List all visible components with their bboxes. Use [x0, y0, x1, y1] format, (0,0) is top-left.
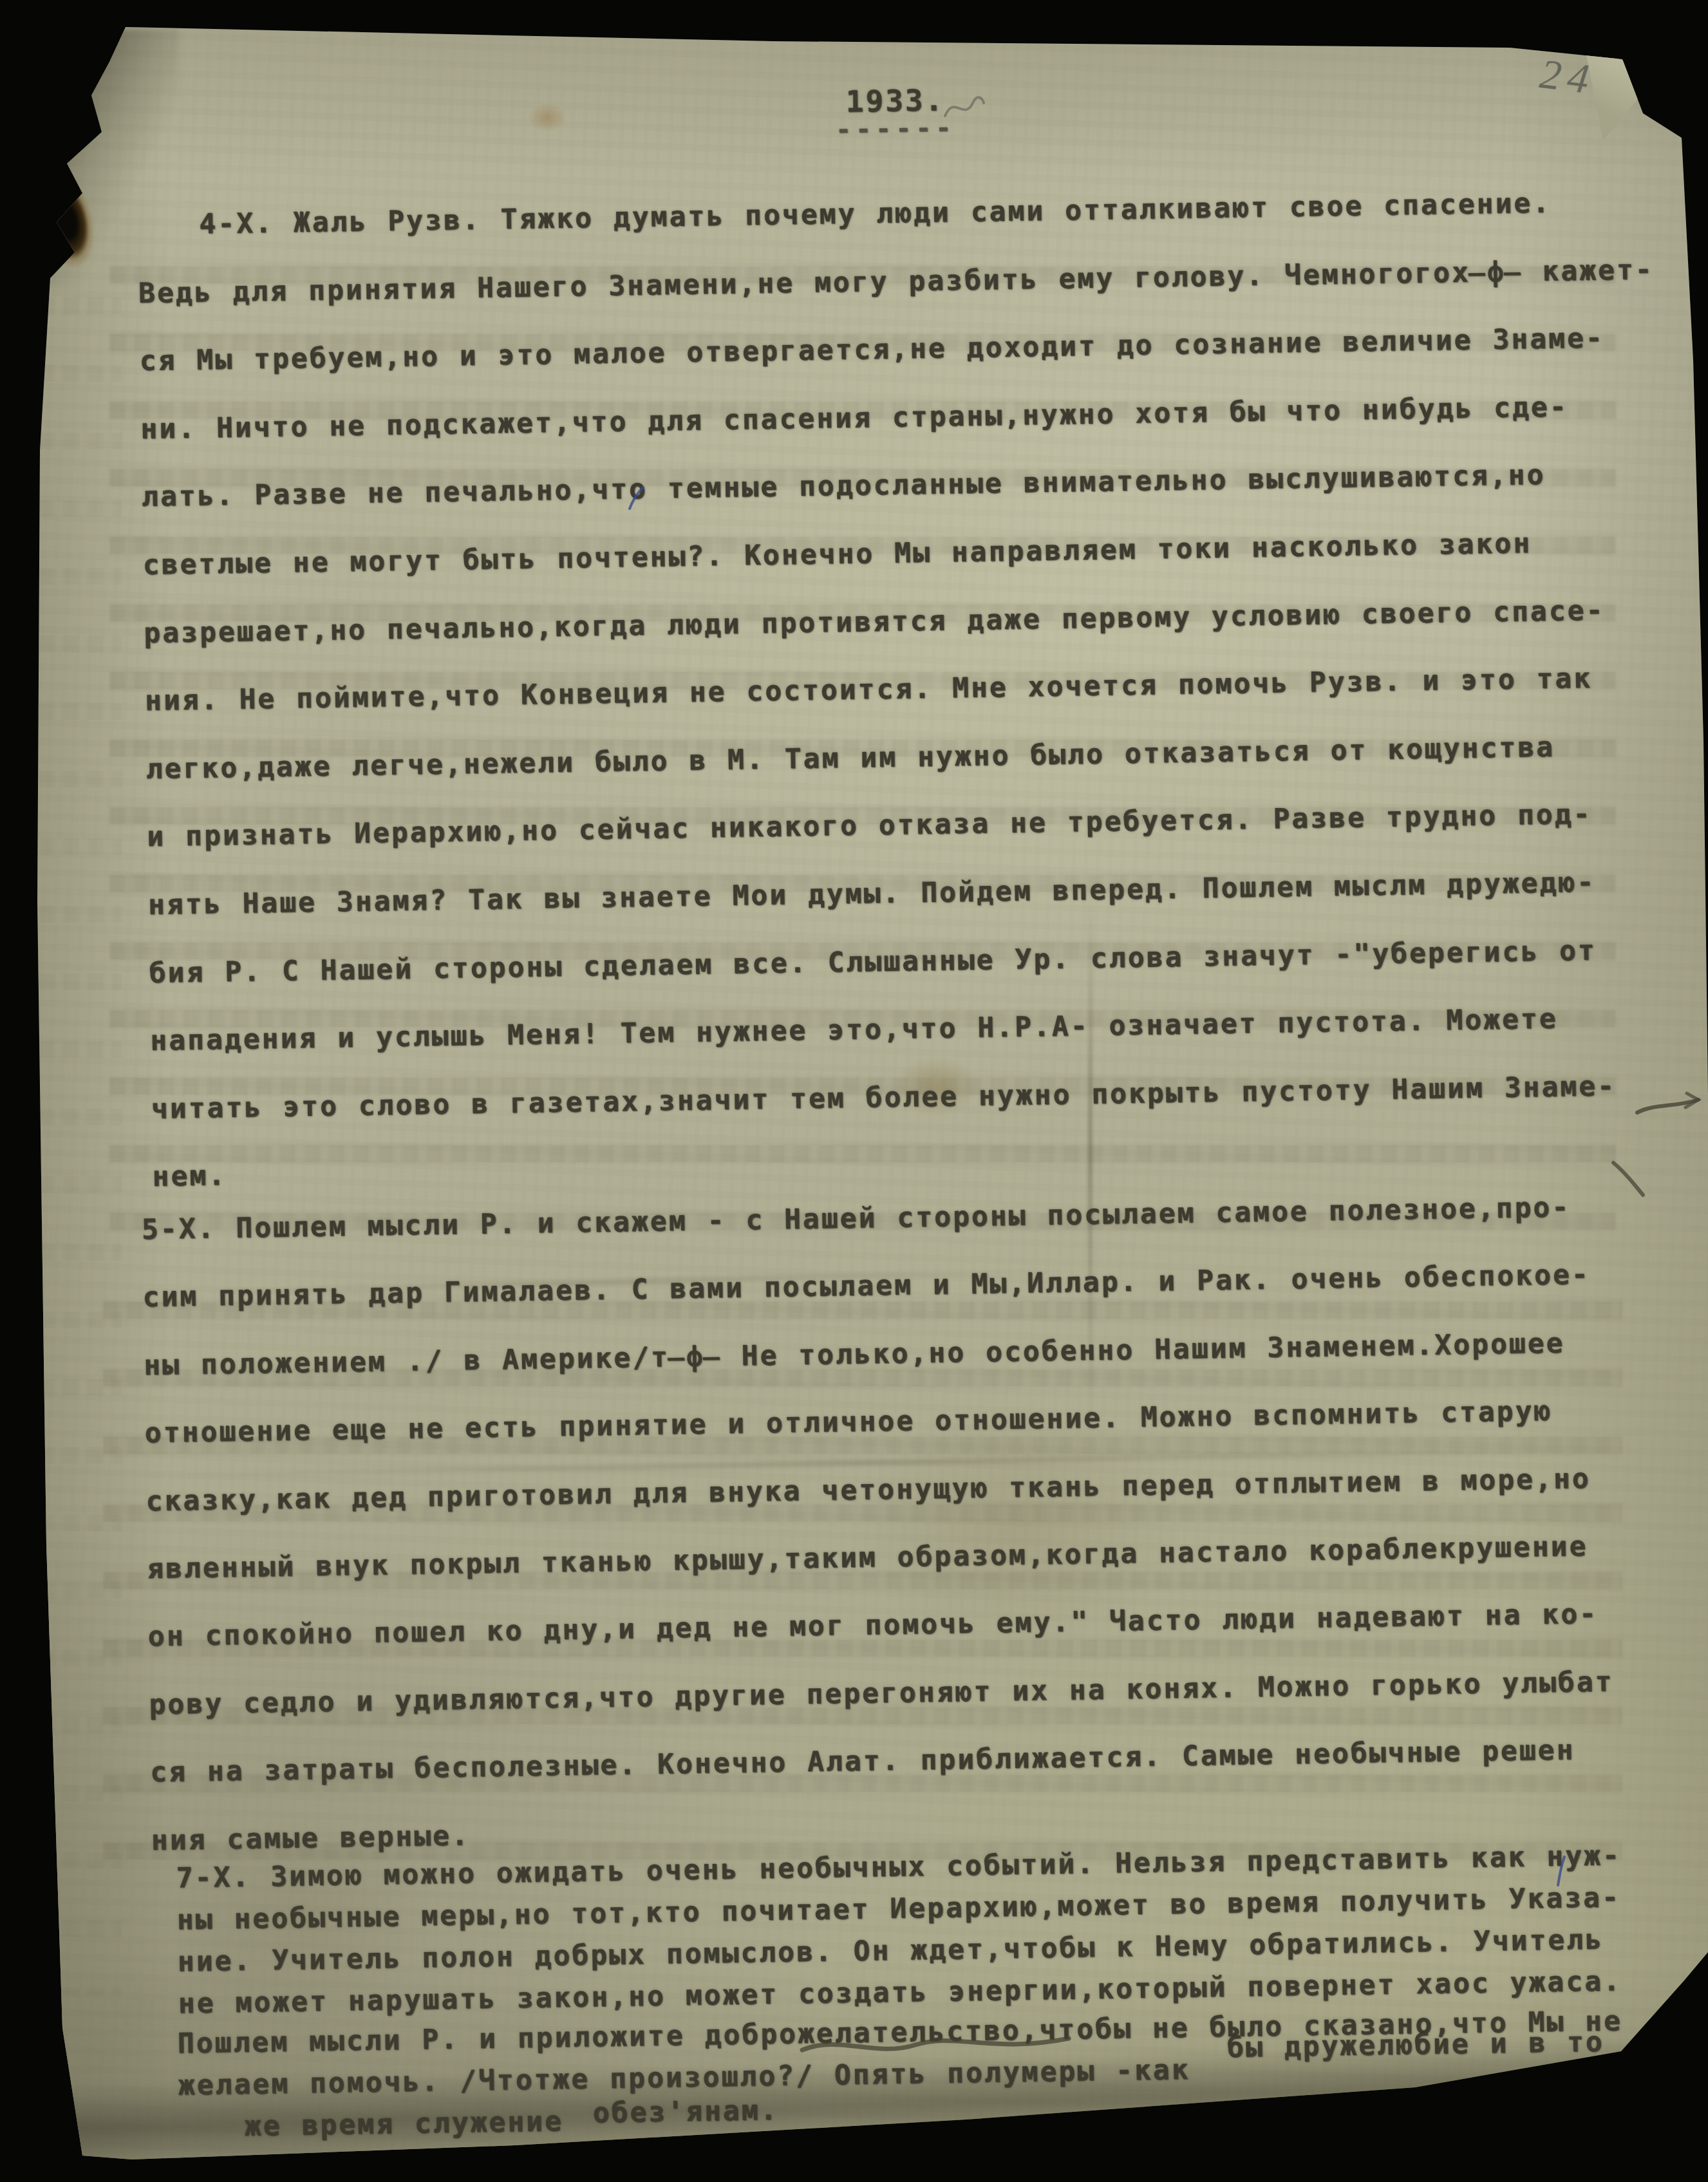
entry-4-october: 4-Х. Жаль Рузв. Тяжко думать почему люди…: [137, 168, 1669, 1212]
entry-7-october: 7-Х. Зимою можно ожидать очень необычных…: [176, 1835, 1623, 2025]
document-page: 1933. ------ 4-Х. Жаль Рузв. Тяжко думат…: [0, 0, 1708, 2182]
entry-7-october-closing: Пошлем мысли Р. и приложите доброжелател…: [177, 2000, 1624, 2149]
typed-segment: же время служение: [244, 2101, 563, 2148]
typed-segment-raised: бы дружелюбие и в то: [1227, 2022, 1605, 2069]
typed-segment: обез'янам.: [592, 2090, 779, 2135]
scan-background: 1933. ------ 4-Х. Жаль Рузв. Тяжко думат…: [0, 0, 1708, 2182]
heading-underline: ------: [818, 117, 973, 142]
typewritten-text: 1933. ------ 4-Х. Жаль Рузв. Тяжко думат…: [0, 0, 1708, 2182]
entry-5-october: 5-Х. Пошлем мысли Р. и скажем - с Нашей …: [141, 1173, 1617, 1875]
page-heading: 1933. ------: [818, 82, 973, 142]
handwritten-page-number: 24: [1537, 50, 1599, 105]
